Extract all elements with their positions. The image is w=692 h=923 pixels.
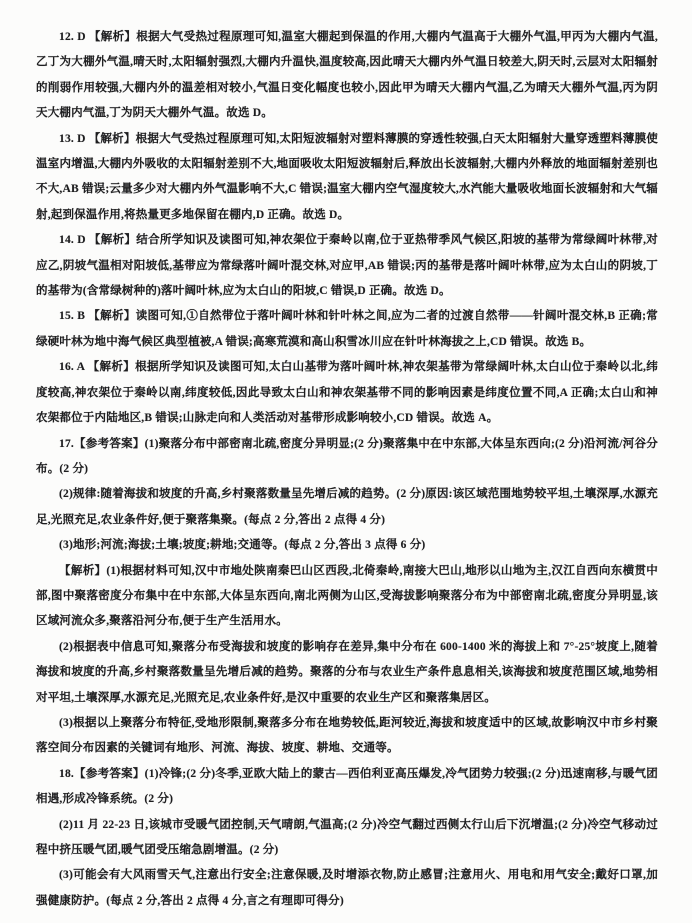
answer-paragraph-q14-analysis: 14. D 【解析】结合所学知识及读图可知,神农架位于秦岭以南,位于亚热带季风气…	[36, 228, 658, 304]
scanned-answer-page: 12. D 【解析】根据大气受热过程原理可知,温室大棚起到保温的作用,大棚内气温…	[0, 0, 692, 923]
answer-paragraph-q18-answer-part1: 18.【参考答案】(1)冷锋;(2 分)冬季,亚欧大陆上的蒙古—西伯利亚高压爆发…	[36, 762, 658, 813]
answer-paragraph-q17-analysis-part2: (2)根据表中信息可知,聚落分布受海拔和坡度的影响存在差异,集中分布在 600-…	[36, 635, 658, 711]
answer-paragraph-q18-answer-part2: (2)11 月 22-23 日,该城市受暖气团控制,天气晴朗,气温高;(2 分)…	[36, 813, 658, 864]
answer-paragraph-q13-analysis: 13. D 【解析】根据大气受热过程原理可知,太阳短波辐射对塑料薄膜的穿透性较强…	[36, 127, 658, 229]
answer-paragraph-q12-analysis: 12. D 【解析】根据大气受热过程原理可知,温室大棚起到保温的作用,大棚内气温…	[36, 25, 658, 127]
answer-paragraph-q17-answer-part2: (2)规律:随着海拔和坡度的升高,乡村聚落数量呈先增后减的趋势。(2 分)原因:…	[36, 482, 658, 533]
answer-paragraph-q17-analysis-part1: 【解析】(1)根据材料可知,汉中市地处陕南秦巴山区西段,北倚秦岭,南接大巴山,地…	[36, 559, 658, 635]
answer-paragraph-q15-analysis: 15. B 【解析】读图可知,①自然带位于落叶阔叶林和针叶林之间,应为二者的过渡…	[36, 304, 658, 355]
answer-paragraph-q17-answer-part3: (3)地形;河流;海拔;土壤;坡度;耕地;交通等。(每点 2 分,答出 3 点得…	[36, 533, 658, 558]
answer-paragraph-q17-answer-part1: 17.【参考答案】(1)聚落分布中部密南北疏,密度分异明显;(2 分)聚落集中在…	[36, 432, 658, 483]
answer-paragraph-q18-answer-part3: (3)可能会有大风雨雪天气,注意出行安全;注意保暖,及时增添衣物,防止感冒;注意…	[36, 863, 658, 914]
answer-paragraph-q16-analysis: 16. A 【解析】根据所学知识及读图可知,太白山基带为落叶阔叶林,神农架基带为…	[36, 355, 658, 431]
answer-paragraph-q17-analysis-part3: (3)根据以上聚落分布特征,受地形限制,聚落多分布在地势较低,距河较近,海拔和坡…	[36, 711, 658, 762]
